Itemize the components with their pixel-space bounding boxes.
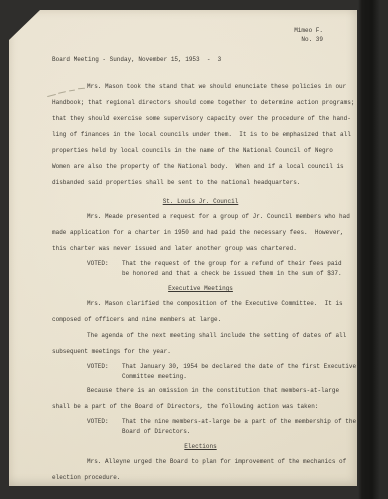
voted-text: That January 30, 1954 be declared the da… (122, 362, 356, 381)
paragraph-line: disbanded said properties shall be sent … (52, 175, 349, 191)
section-heading-st-louis-jr-council: St. Louis Jr. Council (52, 196, 349, 208)
voted-block-first-meeting-date: VOTED: That January 30, 1954 be declared… (87, 362, 349, 381)
voted-block-members-at-large: VOTED: That the nine members-at-large be… (87, 417, 349, 436)
paragraph-line: Mrs. Mason took the stand that we should… (52, 79, 349, 95)
paragraph-line: composed of officers and nine members at… (52, 312, 349, 328)
paragraph-committee-composition: Mrs. Mason clarified the composition of … (52, 296, 349, 328)
voted-block-refund: VOTED: That the request of the group for… (87, 259, 349, 278)
pencil-mark (45, 86, 91, 100)
meeting-title: Board Meeting - Sunday, November 15, 195… (52, 52, 349, 68)
paragraph-line: Mrs. Mason clarified the composition of … (52, 296, 349, 312)
paragraph-line: subsequent meetings for the year. (52, 344, 349, 360)
paragraph-line: this charter was never issued and later … (52, 241, 349, 257)
document-page: Mimeo F. No. 39 Board Meeting - Sunday, … (9, 10, 357, 486)
paragraph-charter-request: Mrs. Meade presented a request for a gro… (52, 209, 349, 257)
voted-text-line: be honored and that a check be issued th… (122, 269, 342, 279)
paragraph-line: shall be a part of the Board of Director… (52, 399, 349, 415)
voted-text: That the request of the group for a refu… (122, 259, 342, 278)
paragraph-line: made application for a charter in 1950 a… (52, 225, 349, 241)
voted-text-line: Committee meeting. (122, 372, 356, 382)
voted-text-line: Board of Directors. (122, 427, 356, 437)
paragraph-line: ling of finances in the local councils u… (52, 127, 349, 143)
paragraph-line: that they should exercise some superviso… (52, 111, 349, 127)
paragraph-line: Mrs. Alleyne urged the Board to plan for… (52, 454, 349, 470)
paragraph-line: Handbook; that regional directors should… (52, 95, 349, 111)
voted-label: VOTED: (87, 417, 122, 436)
voted-text: That the nine members-at-large be a part… (122, 417, 356, 436)
voted-label: VOTED: (87, 259, 122, 278)
mimeo-header: Mimeo F. No. 39 (52, 26, 349, 44)
mimeo-number-label: No. 39 (52, 35, 323, 44)
paragraph-line: Mrs. Meade presented a request for a gro… (52, 209, 349, 225)
voted-text-line: That January 30, 1954 be declared the da… (122, 362, 356, 372)
paragraph-constitution-omission: Because there is an omission in the cons… (52, 383, 349, 415)
paragraph-line: Women are also the property of the Natio… (52, 159, 349, 175)
paragraph-elections: Mrs. Alleyne urged the Board to plan for… (52, 454, 349, 486)
mimeo-series-label: Mimeo F. (52, 26, 323, 35)
paragraph-line: election procedure. (52, 470, 349, 486)
section-heading-elections: Elections (52, 441, 349, 453)
voted-text-line: That the request of the group for a refu… (122, 259, 342, 269)
paragraph-line: properties held by local councils in the… (52, 143, 349, 159)
paragraph-policies: Mrs. Mason took the stand that we should… (52, 79, 349, 191)
paragraph-line: The agenda of the next meeting shall inc… (52, 328, 349, 344)
paragraph-agenda: The agenda of the next meeting shall inc… (52, 328, 349, 360)
voted-label: VOTED: (87, 362, 122, 381)
voted-text-line: That the nine members-at-large be a part… (122, 417, 356, 427)
section-heading-executive-meetings: Executive Meetings (52, 283, 349, 295)
paragraph-line: Because there is an omission in the cons… (52, 383, 349, 399)
